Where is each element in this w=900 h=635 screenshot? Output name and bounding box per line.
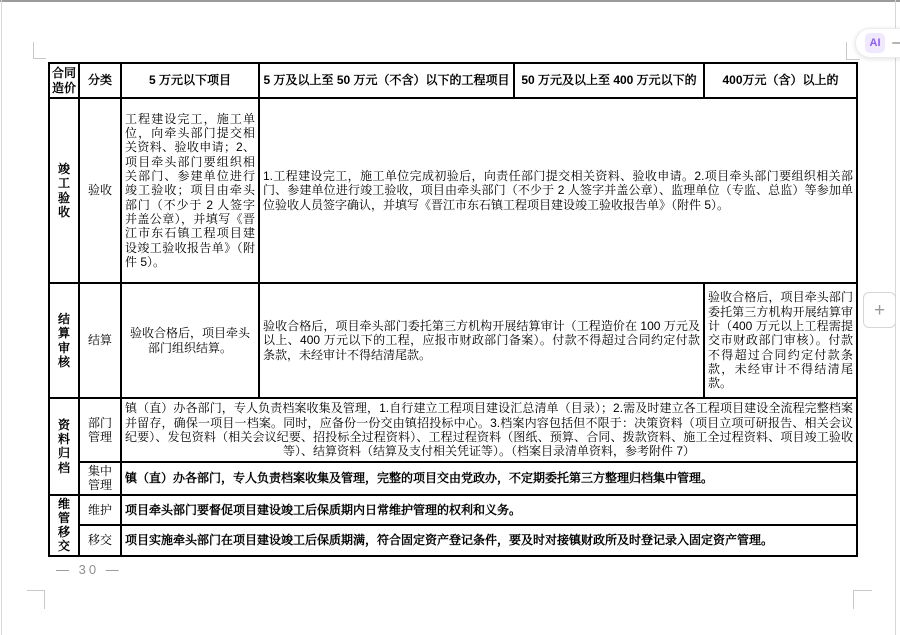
row-type-label: 维护 <box>79 495 121 526</box>
header-50w-to-400w: 50 万元及以上至 400 万元以下的 <box>514 63 704 98</box>
cell-settlement-under-5w: 验收合格后，项目牵头部门组织结算。 <box>121 283 259 398</box>
row-type-label: 验收 <box>79 98 121 283</box>
ai-assistant-button[interactable]: AI <box>855 28 900 58</box>
cell-maintenance: 项目牵头部门要督促项目建设竣工后保质期内日常维护管理的权利和义务。 <box>121 495 857 526</box>
project-procedure-table: 合同造价 分类 5 万元以下项目 5 万及以上至 50 万元（不含）以下的工程项… <box>48 62 858 557</box>
ai-pill-divider <box>892 42 900 44</box>
header-category: 分类 <box>79 63 121 98</box>
page-top-edge <box>0 0 900 2</box>
row-category-label: 竣工验收 <box>49 98 79 283</box>
page-left-edge <box>1 0 2 635</box>
plus-icon: + <box>874 301 885 320</box>
row-category-label: 资料归档 <box>49 398 79 495</box>
row-type-label: 集中管理 <box>79 462 121 495</box>
margin-crop-mark-bottom-right <box>853 590 872 609</box>
table-header-row: 合同造价 分类 5 万元以下项目 5 万及以上至 50 万元（不含）以下的工程项… <box>49 63 857 98</box>
header-above-400w: 400万元（含）以上的 <box>704 63 857 98</box>
table-row-handover: 移交 项目实施牵头部门在项目建设竣工后保质期满，符合固定资产登记条件，要及时对接… <box>49 525 857 556</box>
page-number: — 30 — <box>56 562 122 577</box>
table-row-settlement: 结算审核 结算 验收合格后，项目牵头部门组织结算。 验收合格后，项目牵头部门委托… <box>49 283 857 398</box>
table-row-archive-central: 集中管理 镇（直）办各部门，专人负责档案收集及管理，完整的项目交由党政办，不定期… <box>49 462 857 495</box>
row-category-label: 结算审核 <box>49 283 79 398</box>
table-row-maintenance: 维管移交 维护 项目牵头部门要督促项目建设竣工后保质期内日常维护管理的权利和义务… <box>49 495 857 526</box>
add-button[interactable]: + <box>863 292 896 328</box>
margin-crop-mark-top-left <box>33 42 46 59</box>
cell-archive-central: 镇（直）办各部门，专人负责档案收集及管理，完整的项目交由党政办，不定期委托第三方… <box>121 462 857 495</box>
cell-acceptance-under-5w: 工程建设完工，施工单位，向牵头部门提交相关资料、验收申请；2、项目牵头部门要组织… <box>121 98 259 283</box>
row-type-label: 结算 <box>79 283 121 398</box>
cell-archive-dept: 镇（直）办各部门，专人负责档案收集及管理，1.自行建立工程项目建设汇总清单（目录… <box>121 398 857 462</box>
header-5w-to-50w: 5 万及以上至 50 万元（不含）以下的工程项目 <box>259 63 514 98</box>
row-type-label: 部门管理 <box>79 398 121 462</box>
margin-crop-mark-bottom-left <box>27 590 45 609</box>
row-category-label: 维管移交 <box>49 495 79 556</box>
table-row-acceptance: 竣工验收 验收 工程建设完工，施工单位，向牵头部门提交相关资料、验收申请；2、项… <box>49 98 857 283</box>
cell-handover: 项目实施牵头部门在项目建设竣工后保质期满，符合固定资产登记条件，要及时对接镇财政… <box>121 525 857 556</box>
cell-acceptance-above-5w: 1.工程建设完工，施工单位完成初验后，向责任部门提交相关资料、验收申请。2.项目… <box>259 98 857 283</box>
ai-icon[interactable]: AI <box>865 33 885 53</box>
document-viewer: { "page": { "page_number": "— 30 —" }, "… <box>0 0 900 635</box>
header-under-5w: 5 万元以下项目 <box>121 63 259 98</box>
row-type-label: 移交 <box>79 525 121 556</box>
cell-settlement-5w-to-400w: 验收合格后，项目牵头部门委托第三方机构开展结算审计（工程造价在 100 万元及以… <box>259 283 704 398</box>
header-contract-price: 合同造价 <box>49 63 79 98</box>
table-row-archive-dept: 资料归档 部门管理 镇（直）办各部门，专人负责档案收集及管理，1.自行建立工程项… <box>49 398 857 462</box>
cell-settlement-above-400w: 验收合格后，项目牵头部门委托第三方机构开展结算审计（400 万元以上工程需提交市… <box>704 283 857 398</box>
